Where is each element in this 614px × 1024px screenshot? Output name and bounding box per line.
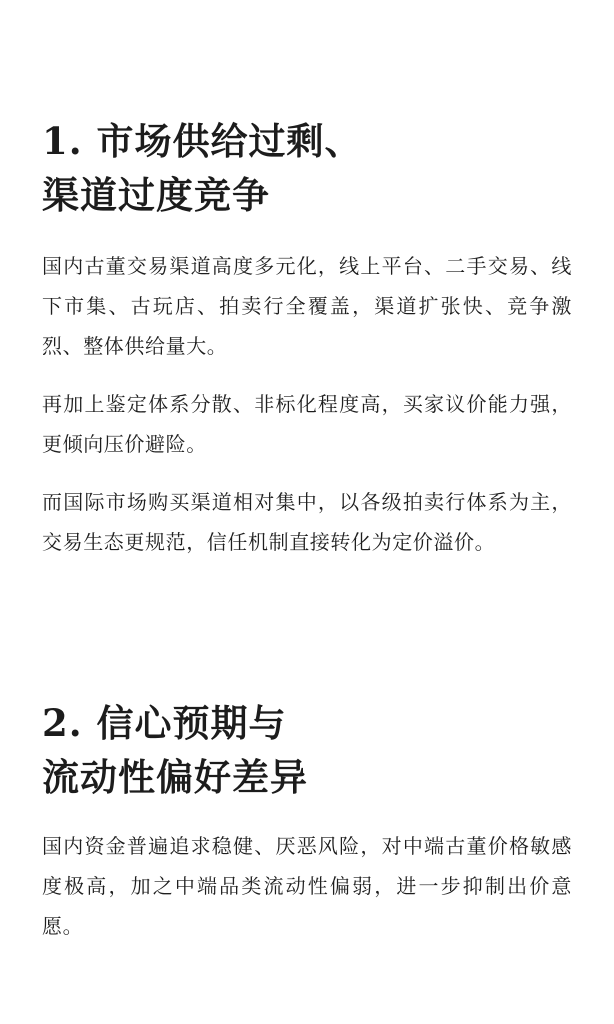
paragraph-domestic-capital: 国内资金普遍追求稳健、厌恶风险，对中端古董价格敏感度极高，加之中端品类流动性偏弱… — [42, 826, 572, 946]
heading-line-1: 2. 信心预期与 — [42, 701, 287, 745]
heading-line-2: 流动性偏好差异 — [42, 755, 308, 799]
section-market-oversupply: 1. 市场供给过剩、 渠道过度竞争 国内古董交易渠道高度多元化，线上平台、二手交… — [42, 114, 572, 222]
section-heading: 2. 信心预期与 流动性偏好差异 — [42, 696, 572, 804]
paragraph-channels: 国内古董交易渠道高度多元化，线上平台、二手交易、线下市集、古玩店、拍卖行全覆盖，… — [42, 246, 572, 366]
heading-line-1: 1. 市场供给过剩、 — [42, 119, 363, 163]
section-confidence-liquidity: 2. 信心预期与 流动性偏好差异 国内资金普遍追求稳健、厌恶风险，对中端古董价格… — [42, 696, 572, 804]
paragraph-appraisal: 再加上鉴定体系分散、非标化程度高，买家议价能力强，更倾向压价避险。 — [42, 384, 572, 464]
section-heading: 1. 市场供给过剩、 渠道过度竞争 — [42, 114, 572, 222]
paragraph-international: 而国际市场购买渠道相对集中，以各级拍卖行体系为主，交易生态更规范，信任机制直接转… — [42, 482, 572, 562]
heading-line-2: 渠道过度竞争 — [42, 173, 270, 217]
